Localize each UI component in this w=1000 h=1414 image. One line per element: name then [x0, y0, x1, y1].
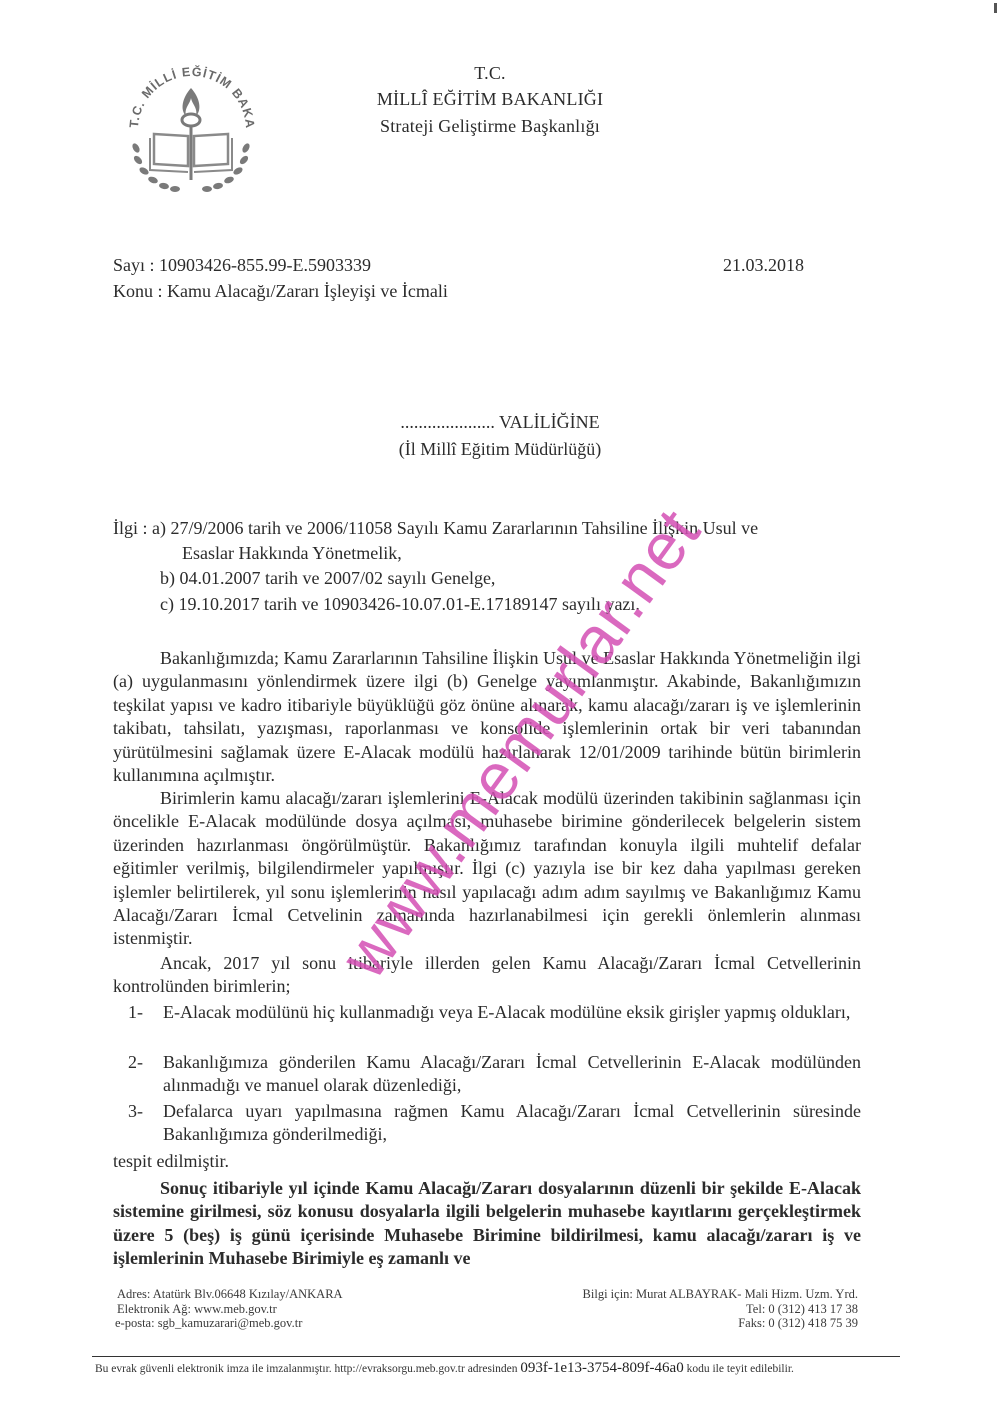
list-text: Bakanlığımıza gönderilen Kamu Alacağı/Za… [163, 1051, 861, 1098]
document-number: Sayı : 10903426-855.99-E.5903339 [113, 255, 371, 276]
reference-c: c) 19.10.2017 tarih ve 10903426-10.07.01… [160, 594, 640, 615]
reference-a: İlgi : a) 27/9/2006 tarih ve 2006/11058 … [113, 518, 863, 539]
footer-address: Adres: Atatürk Blv.06648 Kızılay/ANKARA [117, 1287, 343, 1302]
reference-b: b) 04.01.2007 tarih ve 2007/02 sayılı Ge… [160, 568, 495, 589]
list-text: Defalarca uyarı yapılmasına rağmen Kamu … [163, 1100, 861, 1147]
body-paragraph-3: Ancak, 2017 yıl sonu itibariyle illerden… [113, 952, 861, 999]
e-signature-verification: Bu evrak güvenli elektronik imza ile imz… [95, 1360, 794, 1377]
footer-web: Elektronik Ağ: www.meb.gov.tr [117, 1302, 343, 1317]
list-item: 3- Defalarca uyarı yapılmasına rağmen Ka… [113, 1100, 861, 1147]
list-item: 1- E-Alacak modülünü hiç kullanmadığı ve… [113, 1001, 861, 1024]
addressee: ..................... VALİLİĞİNE [300, 412, 700, 433]
verification-prefix: Bu evrak güvenli elektronik imza ile imz… [95, 1363, 520, 1375]
document-subject: Konu : Kamu Alacağı/Zararı İşleyişi ve İ… [113, 281, 448, 302]
footer-tel: Tel: 0 (312) 413 17 38 [583, 1302, 858, 1317]
scan-speck [994, 3, 997, 13]
verification-code: 093f-1e13-3754-809f-46a0 [520, 1360, 683, 1376]
list-number: 3- [128, 1100, 143, 1123]
paragraph-text: Ancak, 2017 yıl sonu itibariyle illerden… [113, 952, 861, 999]
paragraph-text: Bakanlığımızda; Kamu Zararlarının Tahsil… [113, 647, 861, 787]
paragraph-text: Birimlerin kamu alacağı/zararı işlemleri… [113, 787, 861, 951]
body-paragraph-4-bold: Sonuç itibariyle yıl içinde Kamu Alacağı… [113, 1177, 861, 1271]
verification-suffix: kodu ile teyit edilebilir. [684, 1363, 794, 1375]
footer-email: e-posta: sgb_kamuzarari@meb.gov.tr [115, 1316, 343, 1331]
list-number: 1- [128, 1001, 143, 1024]
header-ministry: MİLLÎ EĞİTİM BAKANLIĞI [300, 89, 680, 110]
findings-conclusion: tespit edilmiştir. [113, 1151, 229, 1172]
body-paragraph-2: Birimlerin kamu alacağı/zararı işlemleri… [113, 787, 861, 951]
addressee-sub: (İl Millî Eğitim Müdürlüğü) [300, 439, 700, 460]
list-item: 2- Bakanlığımıza gönderilen Kamu Alacağı… [113, 1051, 861, 1098]
header-tc: T.C. [300, 63, 680, 84]
footer-contact: Bilgi için: Murat ALBAYRAK- Mali Hizm. U… [583, 1287, 858, 1302]
paragraph-text: Sonuç itibariyle yıl içinde Kamu Alacağı… [113, 1177, 861, 1271]
meb-emblem-icon: T.C. MİLLİ EĞİTİM BAKANLIĞI [124, 52, 258, 198]
list-text: E-Alacak modülünü hiç kullanmadığı veya … [163, 1001, 861, 1024]
list-number: 2- [128, 1051, 143, 1074]
reference-a-cont: Esaslar Hakkında Yönetmelik, [182, 543, 402, 564]
footer-divider [92, 1356, 900, 1357]
footer-contact-block: Bilgi için: Murat ALBAYRAK- Mali Hizm. U… [583, 1287, 858, 1331]
body-paragraph-1: Bakanlığımızda; Kamu Zararlarının Tahsil… [113, 647, 861, 787]
footer-fax: Faks: 0 (312) 418 75 39 [583, 1316, 858, 1331]
header-department: Strateji Geliştirme Başkanlığı [300, 116, 680, 137]
footer-address-block: Adres: Atatürk Blv.06648 Kızılay/ANKARA … [117, 1287, 343, 1331]
document-date: 21.03.2018 [723, 255, 804, 276]
